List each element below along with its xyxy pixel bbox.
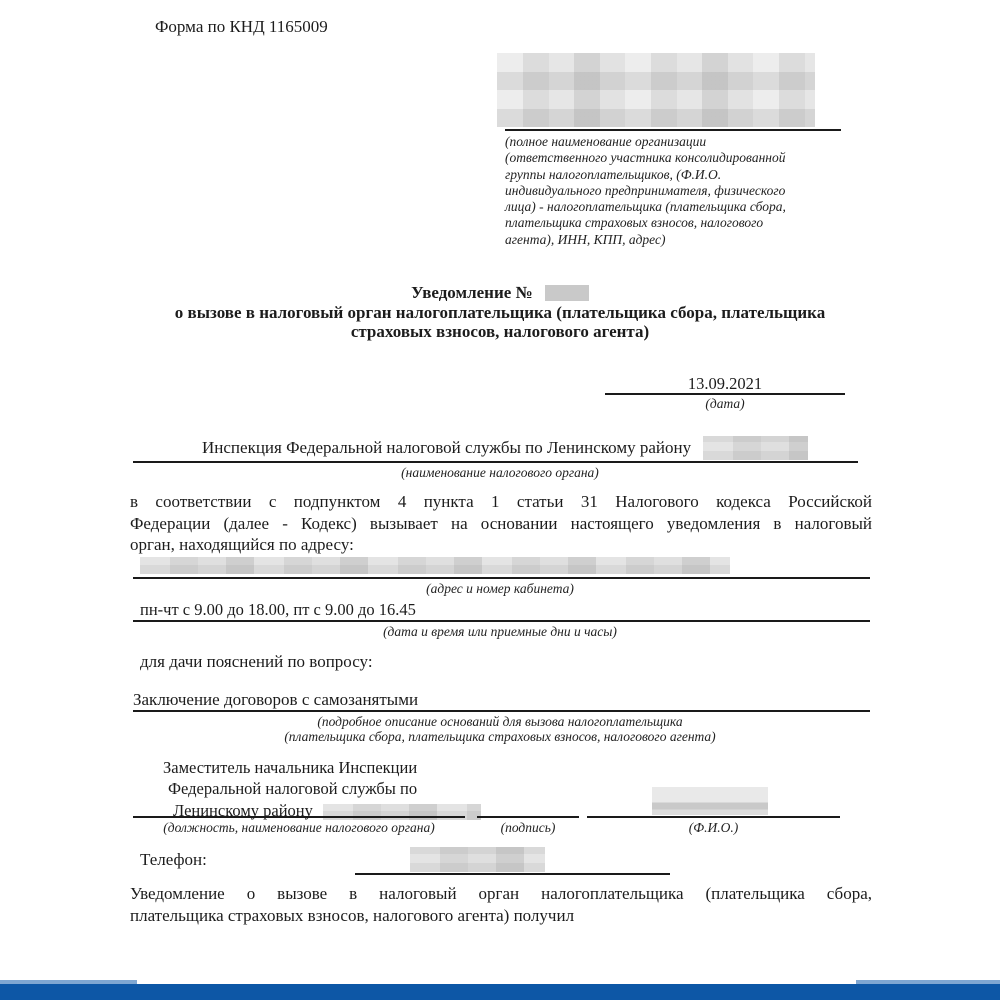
received-paragraph: Уведомление о вызове в налоговый орган н… xyxy=(130,883,872,926)
date-value: 13.09.2021 xyxy=(605,374,845,394)
tax-authority-redaction xyxy=(703,436,808,460)
phone-label: Телефон: xyxy=(140,850,207,870)
title-number-line: Уведомление № xyxy=(130,283,870,303)
reason-underline xyxy=(133,710,870,712)
notice-number-redaction xyxy=(545,285,589,301)
position-line: Ленинскому району xyxy=(163,800,481,821)
body-line: орган, находящийся по адресу: xyxy=(130,534,872,556)
received-line: Уведомление о вызове в налоговый орган н… xyxy=(130,883,872,905)
organization-underline xyxy=(505,129,841,131)
phone-underline xyxy=(355,873,670,875)
tax-authority-value: Инспекция Федеральной налоговой службы п… xyxy=(202,436,808,460)
title-line: страховых взносов, налогового агента) xyxy=(130,322,870,342)
title-line: о вызове в налоговый орган налогоплатель… xyxy=(130,303,870,323)
name-redaction xyxy=(652,787,768,815)
tax-authority-underline xyxy=(133,461,858,463)
address-caption: (адрес и номер кабинета) xyxy=(130,581,870,597)
org-caption-line: (ответственного участника консолидирован… xyxy=(505,150,865,166)
org-caption-line: группы налогоплательщиков, (Ф.И.О. xyxy=(505,167,865,183)
sign-caption: (подпись) xyxy=(477,820,579,836)
document-title: Уведомление № о вызове в налоговый орган… xyxy=(130,283,870,342)
org-caption-line: лица) - налогоплательщика (плательщика с… xyxy=(505,199,865,215)
organization-caption: (полное наименование организации (ответс… xyxy=(505,134,865,248)
hours-underline xyxy=(133,620,870,622)
form-code-label: Форма по КНД 1165009 xyxy=(155,17,328,37)
date-underline xyxy=(605,393,845,395)
title-number-text: Уведомление № xyxy=(411,283,533,302)
purpose-label: для дачи пояснений по вопросу: xyxy=(140,652,373,672)
reason-caption-line2: (плательщика сбора, плательщика страховы… xyxy=(130,729,870,745)
body-line: Федерации (далее - Кодекс) вызывает на о… xyxy=(130,513,872,535)
organization-redaction xyxy=(497,53,815,127)
sign-underline xyxy=(477,816,579,818)
hours-caption: (дата и время или приемные дни и часы) xyxy=(130,624,870,640)
reason-value: Заключение договоров с самозанятыми xyxy=(133,690,418,710)
org-caption-line: плательщика страховых взносов, налоговог… xyxy=(505,215,865,231)
body-paragraph: в соответствии с подпунктом 4 пункта 1 с… xyxy=(130,491,872,556)
org-caption-line: агента), ИНН, КПП, адрес) xyxy=(505,232,865,248)
body-line: в соответствии с подпунктом 4 пункта 1 с… xyxy=(130,491,872,513)
address-underline xyxy=(133,577,870,579)
position-caption: (должность, наименование налогового орга… xyxy=(133,820,465,836)
document-page: Форма по КНД 1165009 (полное наименовани… xyxy=(0,0,1000,1000)
reason-caption-line1: (подробное описание оснований для вызова… xyxy=(130,714,870,730)
hours-value: пн-чт с 9.00 до 18.00, пт с 9.00 до 16.4… xyxy=(140,600,416,620)
address-redaction xyxy=(140,557,730,574)
phone-redaction xyxy=(410,847,545,872)
tax-authority-caption: (наименование налогового органа) xyxy=(130,465,870,481)
signatory-position: Заместитель начальника Инспекции Федерал… xyxy=(163,757,481,821)
position-line: Заместитель начальника Инспекции xyxy=(163,757,481,778)
received-line: плательщика страховых взносов, налоговог… xyxy=(130,905,872,927)
position-underline xyxy=(133,816,465,818)
name-caption: (Ф.И.О.) xyxy=(587,820,840,836)
position-line: Федеральной налоговой службы по xyxy=(163,778,481,799)
date-caption: (дата) xyxy=(605,396,845,412)
org-caption-line: (полное наименование организации xyxy=(505,134,865,150)
footer-bar xyxy=(0,984,1000,1000)
name-underline xyxy=(587,816,840,818)
org-caption-line: индивидуального предпринимателя, физичес… xyxy=(505,183,865,199)
